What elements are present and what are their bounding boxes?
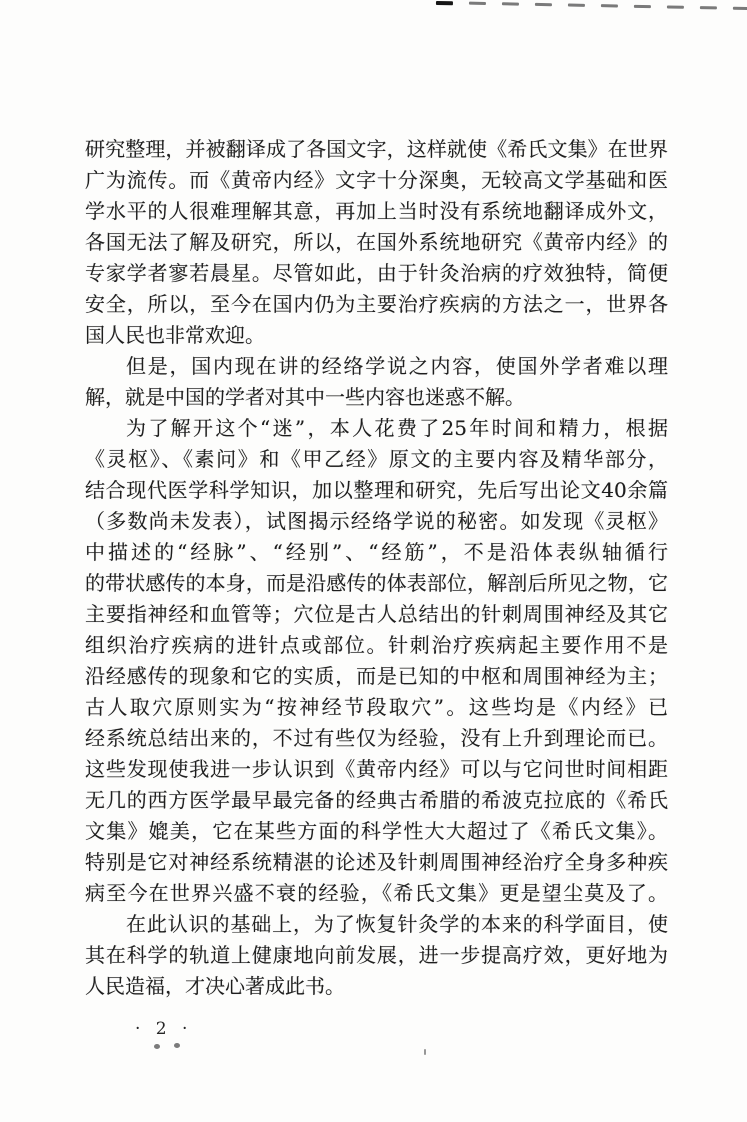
text-line: 学水平的人很难理解其意，再加上当时没有系统地翻译成外文， (85, 196, 668, 227)
text-line: 特别是它对神经系统精湛的论述及针刺周围神经治疗全身多种疾 (85, 847, 668, 878)
text-line: 的带状感传的本身，而是沿感传的体表部位，解剖后所见之物，它 (85, 568, 668, 599)
text-line: 其在科学的轨道上健康地向前发展，进一步提高疗效，更好地为 (85, 940, 668, 971)
page-edge-dash (733, 7, 747, 10)
page-edge-dashes (436, 1, 747, 11)
text-block: 研究整理，并被翻译成了各国文字，这样就使《希氏文集》在世界广为流传。而《黄帝内经… (85, 134, 668, 1002)
page-edge-dash (667, 5, 684, 8)
text-line: 《灵枢》、《素问》和《甲乙经》原文的主要内容及精华部分， (85, 444, 668, 475)
text-line: 中描述的“经脉”、“经别”、“经筋”，不是沿体表纵轴循行 (85, 537, 668, 568)
text-line: 结合现代医学科学知识，加以整理和研究，先后写出论文40余篇 (85, 475, 668, 506)
text-line: 这些发现使我进一步认识到《黄帝内经》可以与它问世时间相距 (85, 754, 668, 785)
page-edge-dash (700, 6, 717, 9)
text-line: 古人取穴原则实为“按神经节段取穴”。这些均是《内经》已 (85, 692, 668, 723)
text-line: 研究整理，并被翻译成了各国文字，这样就使《希氏文集》在世界 (85, 134, 668, 165)
text-line: 广为流传。而《黄帝内经》文字十分深奥，无较高文学基础和医 (85, 165, 668, 196)
scan-speck (174, 1043, 180, 1048)
text-line: 主要指神经和血管等；穴位是古人总结出的针刺周围神经及其它 (85, 599, 668, 630)
page-edge-dash (601, 4, 618, 7)
text-line: 安全，所以，至今在国内仍为主要治疗疾病的方法之一，世界各 (85, 289, 668, 320)
page-edge-dash (568, 4, 585, 7)
text-line: 解，就是中国的学者对其中一些内容也迷惑不解。 (85, 382, 668, 413)
page-edge-dash (436, 1, 453, 5)
text-line: 病至今在世界兴盛不衰的经验，《希氏文集》更是望尘莫及了。 (85, 878, 668, 909)
text-line: 人民造福，才决心著成此书。 (85, 971, 668, 1002)
text-line: 但是，国内现在讲的经络学说之内容，使国外学者难以理 (85, 351, 668, 382)
text-line: 沿经感传的现象和它的实质，而是已知的中枢和周围神经为主； (85, 661, 668, 692)
page-edge-dash (469, 2, 486, 5)
text-line: 专家学者寥若晨星。尽管如此，由于针灸治病的疗效独特，简便 (85, 258, 668, 289)
page-edge-dash (535, 3, 552, 6)
scan-speck (154, 1044, 160, 1049)
text-line: 在此认识的基础上，为了恢复针灸学的本来的科学面目，使 (85, 909, 668, 940)
text-line: 经系统总结出来的，不过有些仅为经验，没有上升到理论而已。 (85, 723, 668, 754)
text-line: 为了解开这个“迷”，本人花费了25年时间和精力，根据 (85, 413, 668, 444)
book-page: 研究整理，并被翻译成了各国文字，这样就使《希氏文集》在世界广为流传。而《黄帝内经… (0, 0, 747, 1122)
text-line: 各国无法了解及研究，所以，在国外系统地研究《黄帝内经》的 (85, 227, 668, 258)
page-edge-dash (502, 2, 519, 5)
text-line: （多数尚未发表），试图揭示经络学说的秘密。如发现《灵枢》 (85, 506, 668, 537)
scan-speck (424, 1049, 426, 1055)
page-number: · 2 · (135, 1019, 192, 1039)
text-line: 国人民也非常欢迎。 (85, 320, 668, 351)
text-line: 文集》媲美，它在某些方面的科学性大大超过了《希氏文集》。 (85, 816, 668, 847)
text-line: 无几的西方医学最早最完备的经典古希腊的希波克拉底的《希氏 (85, 785, 668, 816)
text-line: 组织治疗疾病的进针点或部位。针刺治疗疾病起主要作用不是 (85, 630, 668, 661)
page-edge-dash (634, 5, 651, 8)
